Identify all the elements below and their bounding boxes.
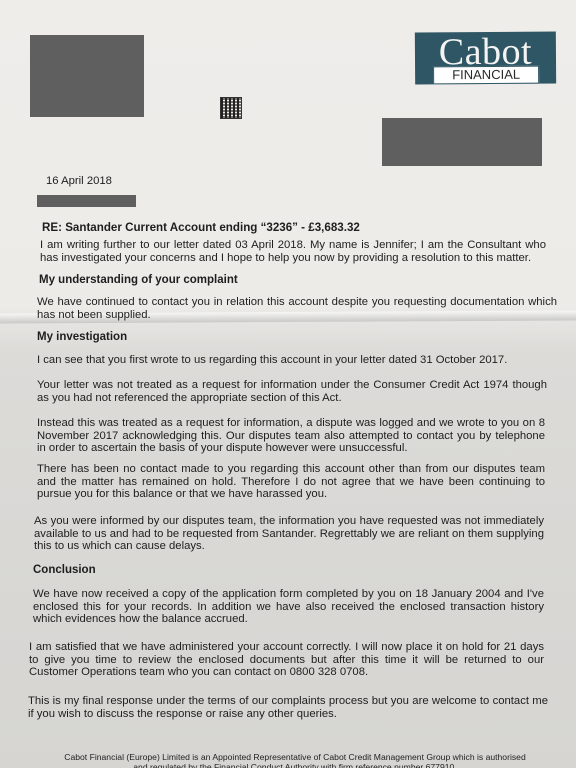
section-heading: My investigation <box>37 331 127 343</box>
cabot-logo: Cabot FINANCIAL <box>415 32 556 85</box>
regulatory-footer: Cabot Financial (Europe) Limited is an A… <box>60 752 530 768</box>
section-heading: My understanding of your complaint <box>39 274 238 286</box>
letter-date: 16 April 2018 <box>46 175 112 188</box>
section-paragraph: This is my final response under the term… <box>28 695 548 720</box>
section-paragraph: We have now received a copy of the appli… <box>33 588 544 626</box>
datamatrix-code-icon <box>221 98 241 118</box>
logo-subtitle: FINANCIAL <box>433 66 539 85</box>
intro-paragraph: I am writing further to our letter dated… <box>40 239 546 264</box>
section-paragraph: There has been no contact made to you re… <box>37 463 545 501</box>
section-paragraph: As you were informed by our disputes tea… <box>34 515 544 553</box>
section-paragraph: Instead this was treated as a request fo… <box>37 417 545 455</box>
section-paragraph: I can see that you first wrote to us reg… <box>37 354 547 367</box>
section-paragraph: We have continued to contact you in rela… <box>37 296 557 321</box>
section-paragraph: Your letter was not treated as a request… <box>37 379 547 404</box>
redacted-reference-block <box>382 118 542 166</box>
redacted-salutation <box>37 195 136 207</box>
section-paragraph: I am satisfied that we have administered… <box>29 641 544 679</box>
letter-subject: RE: Santander Current Account ending “32… <box>42 222 360 235</box>
redacted-address-block <box>30 35 144 117</box>
section-heading: Conclusion <box>33 564 96 576</box>
